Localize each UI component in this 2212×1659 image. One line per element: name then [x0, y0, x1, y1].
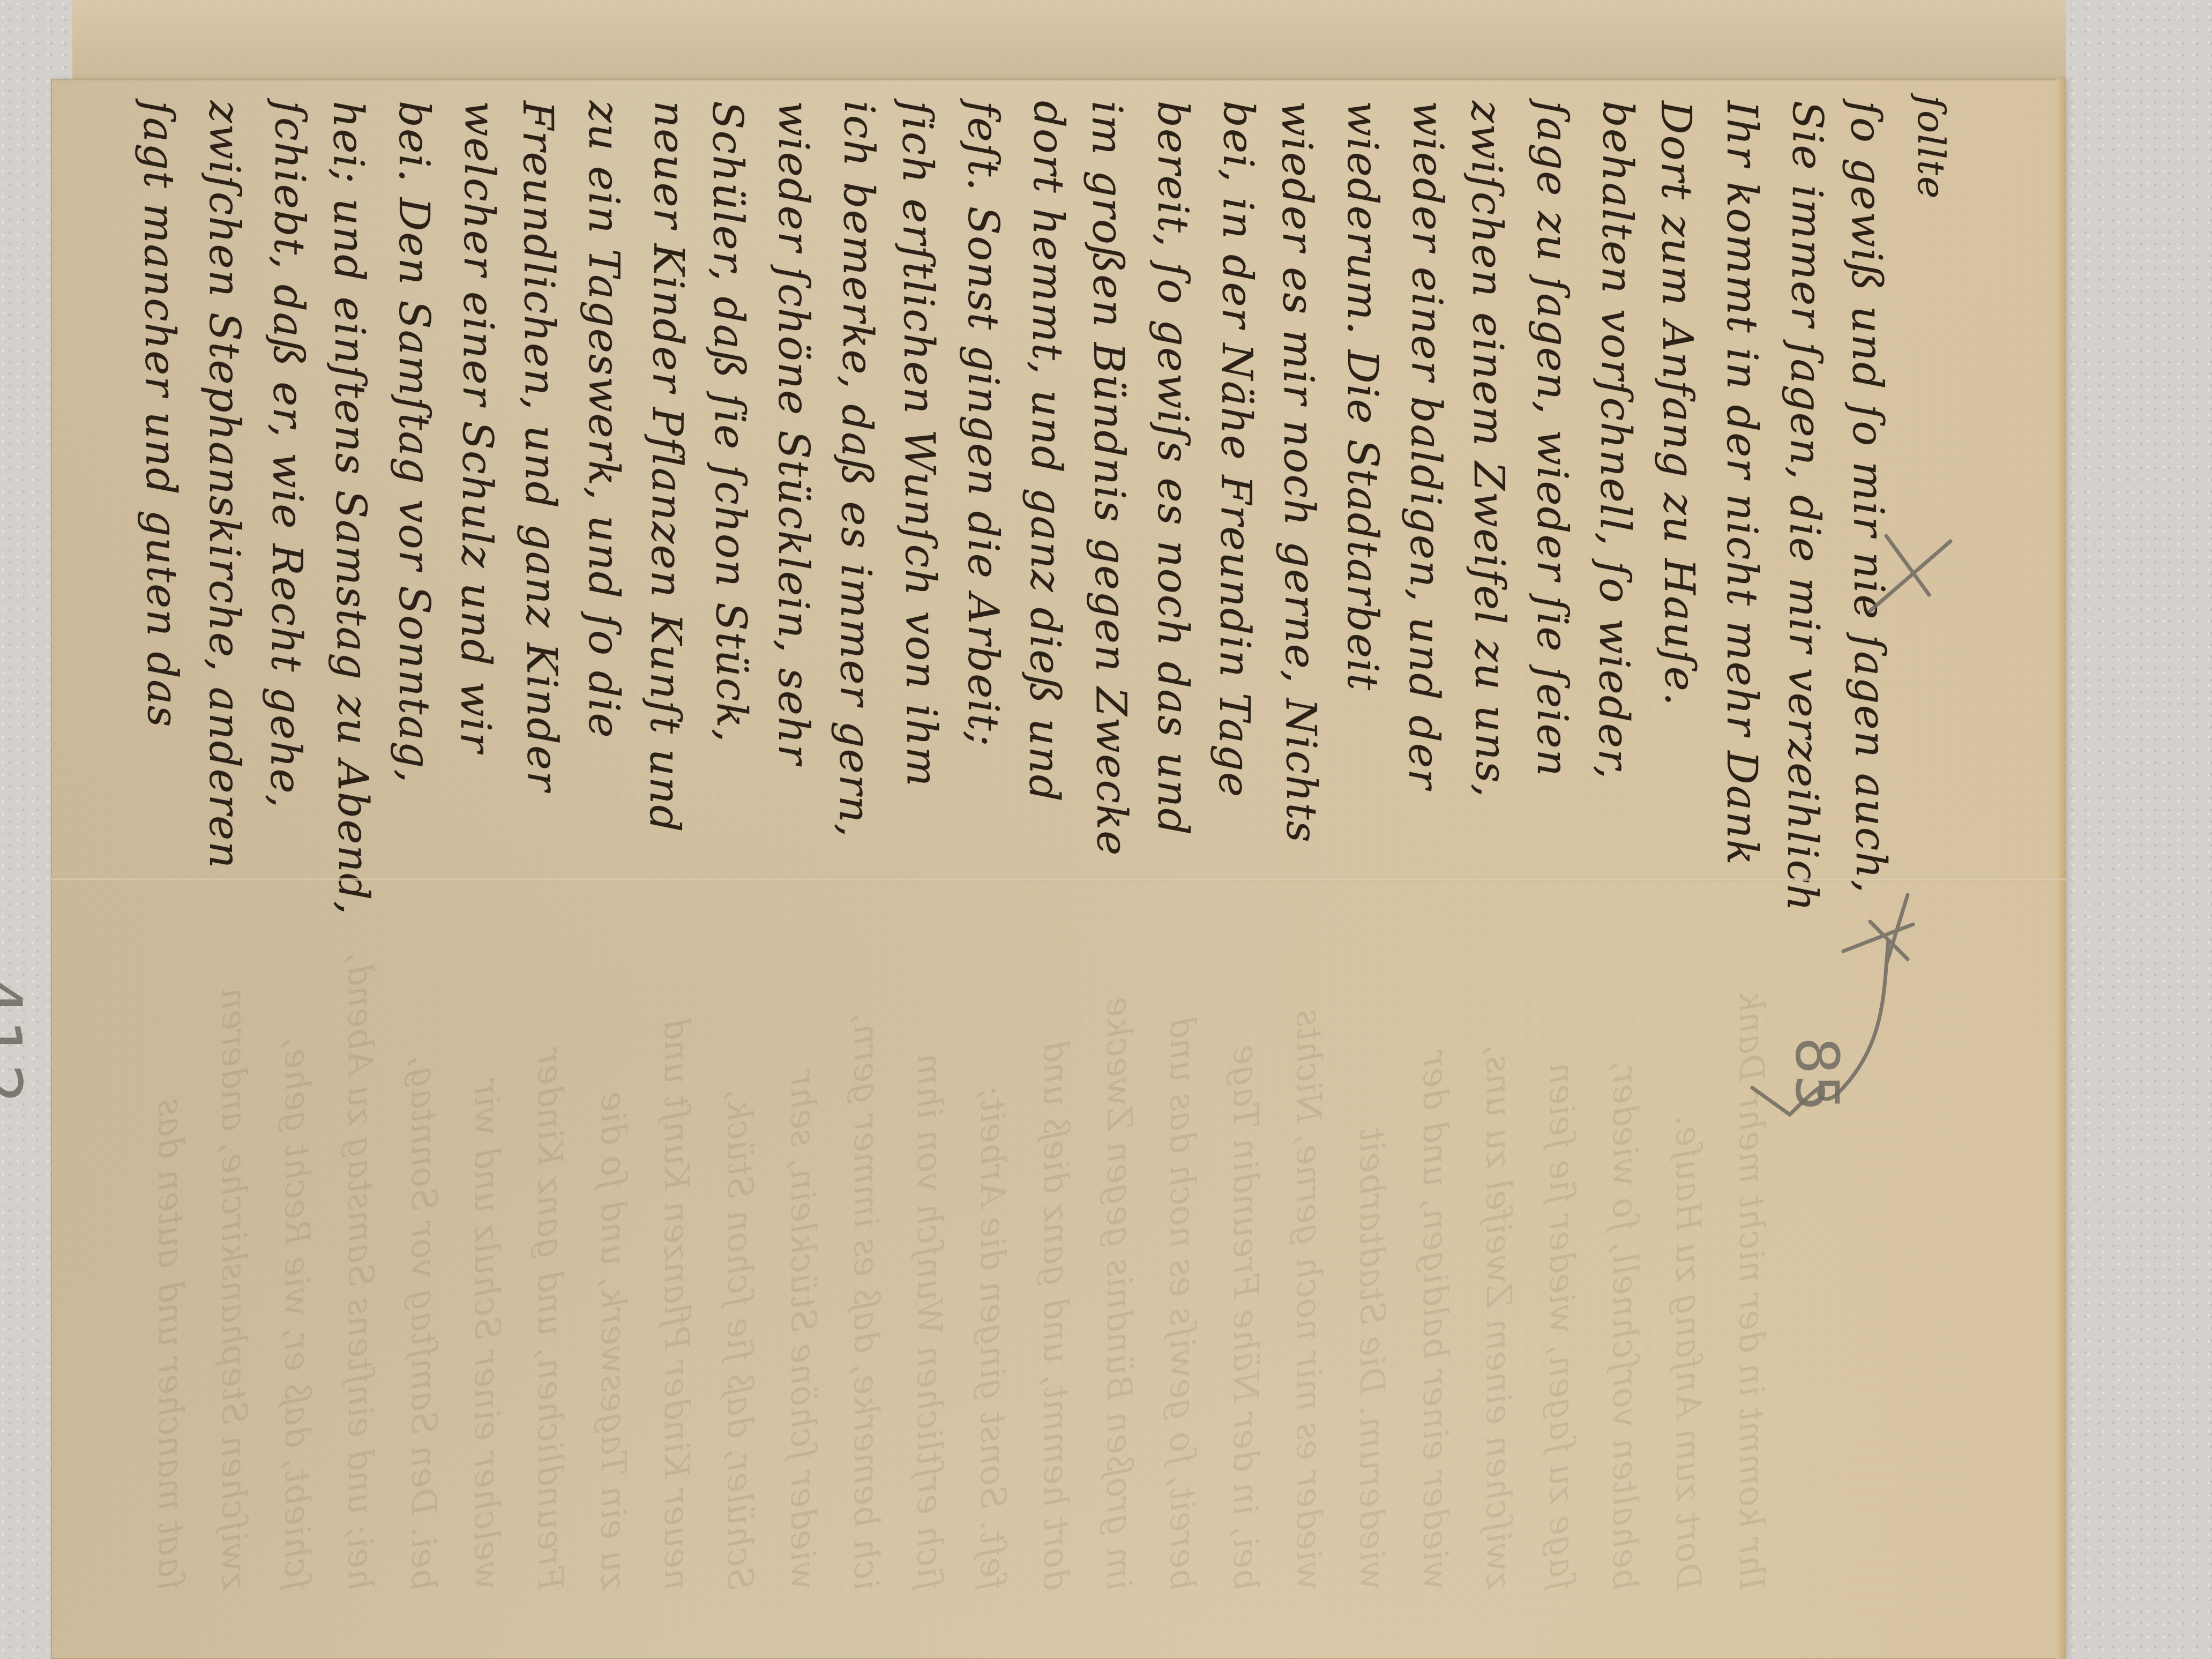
bleed-through-line: ſchiebt, daß er, wie Recht gehe,: [285, 894, 317, 1590]
bleed-through-line: zwiſchen Stephanskirche, anderen: [221, 894, 253, 1590]
bleed-through-line: ſagt mancher und guten das: [158, 894, 190, 1590]
handwritten-line: ſagt mancher und guten das: [129, 101, 193, 878]
bleed-through-line: Ihr kommt in der nicht mehr Dank: [1739, 894, 1771, 1590]
handwritten-line: Schüler, daß ſie ſchon Stück,: [698, 101, 762, 878]
handwritten-line: wieder es mir noch gerne, Nichts: [1267, 101, 1331, 878]
bleed-through-line: bereit, ſo gewiſs es noch das und: [1170, 894, 1202, 1590]
bleed-through-line: feſt. Sonst gingen die Arbeit;: [980, 894, 1012, 1590]
handwritten-line: im großen Bündnis gegen Zwecke: [1077, 101, 1141, 878]
folio-number-412: 412: [0, 975, 35, 1108]
handwritten-line: wieder einer baldigen, und der: [1393, 101, 1458, 878]
handwritten-line: ſchiebt, daß er, wie Recht gehe,: [255, 101, 319, 878]
handwritten-line: welcher einer Schulz und wir: [445, 101, 509, 878]
bleed-through-line: wiederum. Die Stadtarbeit: [1359, 894, 1392, 1590]
bleed-through-line: dort hemmt, und ganz dieß und: [1043, 894, 1075, 1590]
bleed-through-line: ſage zu ſagen, wieder ſie ſeien: [1549, 894, 1581, 1590]
handwritten-line: neuer Kinder Pflanzen Kunſt und: [634, 101, 699, 878]
handwritten-line: wieder ſchöne Stücklein, sehr: [764, 101, 823, 878]
handwritten-line: ſollte: [1902, 95, 1961, 872]
bleed-through-line: wieder einer baldigen, und der: [1423, 894, 1455, 1590]
handwritten-line: ſo gewiß und ſo mir nie ſagen auch,: [1836, 101, 1900, 878]
handwritten-line: feſt. Sonst gingen die Arbeit;: [953, 101, 1012, 878]
underlying-page-edge: [72, 0, 2066, 87]
handwritten-line: Freundlichen, und ganz Kinder: [508, 101, 572, 878]
handwritten-line: zu ein Tageswerk, und ſo die: [574, 101, 633, 878]
bleed-through-line: wieder es mir noch gerne, Nichts: [1296, 894, 1328, 1590]
bleed-through-line: behalten vorſchnell, ſo wieder,: [1612, 894, 1645, 1590]
handwritten-line: hei; und einſtens Samstag zu Abend,: [318, 101, 383, 878]
bleed-through-line: Dort zum Anfang zu Hauſe.: [1676, 894, 1708, 1590]
pencil-number-85: 85: [1783, 1037, 1851, 1112]
bleed-through-line: ſich erſtlichen Wunſch von ihm: [917, 894, 949, 1590]
handwritten-line: Dort zum Anfang zu Hauſe.: [1646, 101, 1710, 878]
bleed-through-line: Schüler, daß ſie ſchon Stück,: [727, 894, 759, 1590]
handwritten-line: ſich erſtlichen Wunſch von ihm: [887, 101, 952, 878]
bleed-through-line: ich bemerke, daß es immer gern,: [854, 894, 886, 1590]
handwritten-line: behalten vorſchnell, ſo wieder,: [1583, 101, 1647, 878]
handwritten-line: ſage zu ſagen, wieder ſie ſeien: [1522, 101, 1581, 878]
bleed-through-line: hei; und einſtens Samstag zu Abend,: [348, 894, 380, 1590]
bleed-through-line: zwiſchen einem Zweifel zu uns,: [1486, 894, 1518, 1590]
handwritten-line: wiederum. Die Stadtarbeit: [1333, 101, 1392, 878]
handwritten-line: bereit, ſo gewiſs es noch das und: [1143, 101, 1202, 878]
handwritten-line: zwiſchen einem Zweifel zu uns,: [1456, 101, 1521, 878]
bleed-through-line: wieder ſchöne Stücklein, sehr: [790, 894, 823, 1590]
bleed-through-line: im großen Bündnis gegen Zwecke: [1107, 894, 1139, 1590]
bleed-through-line: Freundlichen, und ganz Kinder: [537, 894, 570, 1590]
bleed-through-text: ſagt mancher und guten daszwiſchen Steph…: [158, 894, 1819, 1590]
bleed-through-line: bei, in der Nähe Freundin Tage: [1233, 894, 1265, 1590]
handwritten-line: bei. Den Samſtag vor Sonntag,: [384, 101, 443, 878]
handwritten-line: zwiſchen Stephanskirche, anderen: [195, 101, 253, 878]
bleed-through-line: neuer Kinder Pflanzen Kunſt und: [664, 894, 696, 1590]
handwritten-line: Ihr kommt in der nicht mehr Dank: [1712, 101, 1771, 878]
handwritten-text-block: ſagt mancher und guten daszwiſchen Steph…: [51, 79, 2066, 883]
bleed-through-line: welcher einer Schulz und wir: [474, 894, 506, 1590]
handwritten-line: bei, in der Nähe Freundin Tage: [1204, 101, 1268, 878]
manuscript-page: ſagt mancher und guten daszwiſchen Steph…: [51, 79, 2066, 1659]
bleed-through-line: bei. Den Samſtag vor Sonntag,: [411, 894, 443, 1590]
bleed-through-line: zu ein Tageswerk, und ſo die: [601, 894, 633, 1590]
handwritten-line: ich bemerke, daß es immer gern,: [824, 101, 888, 878]
handwritten-line: dort hemmt, und ganz dieß und: [1014, 101, 1078, 878]
handwritten-line: Sie immer ſagen, die mir verzeihlich: [1773, 101, 1837, 878]
page-fold-line: [51, 878, 2066, 881]
